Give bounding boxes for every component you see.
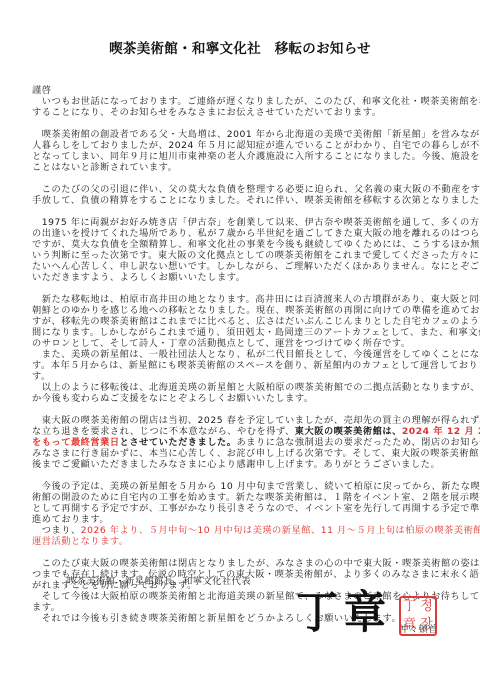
seal-char: 章 xyxy=(401,616,418,634)
text-segment: 後までご愛顧いただきましたみなさまに心より感謝申し上げます。ありがとうございまし… xyxy=(32,459,440,470)
text-line: 進めております。 xyxy=(32,514,442,525)
text-line: 今後の予定は、美瑛の新星館を５月から 10 月中旬まで営業し、続いて柏原に戻って… xyxy=(32,481,442,492)
seal-char: 정 xyxy=(418,598,435,616)
seal-stamp: 丁 정 章 장 xyxy=(399,596,437,636)
text-line: す。 xyxy=(32,371,442,382)
text-line: することになり、そのお知らせをみなさまにお伝えさせていただいております。 xyxy=(32,107,442,118)
text-line: 術館の開設のために自宅内の工事を始めます。新たな喫茶美術館は、１階をイベント室、… xyxy=(32,492,442,503)
emphasis-bold-text: とさせていただきました。 xyxy=(120,437,237,448)
salutation: 謹啓 xyxy=(32,85,442,96)
paragraph: 今後の予定は、美瑛の新星館を５月から 10 月中旬まで営業し、続いて柏原に戻って… xyxy=(32,481,442,547)
text-line: す。本年５月からは、新星館にも喫茶美術館のスペースを創り、新星館内のカフェとして… xyxy=(32,360,442,371)
seal-char: 장 xyxy=(418,616,435,634)
text-line: みなさまに行き届かずに、本当に心苦しく、お詫び申し上げる次第です。そして、東大阪… xyxy=(32,448,442,459)
text-segment: あまりに急な強制退去の要求だったため、閉店のお知らせが xyxy=(237,437,480,448)
text-line: 運営活動となります。 xyxy=(32,536,442,547)
emphasis-red-text: をもって最終営業日 xyxy=(32,437,120,448)
text-segment: 進めております。 xyxy=(32,514,109,525)
paragraph: 東大阪の喫茶美術館の閉店は当初、2025 春を予定していましたが、売却先の買主の… xyxy=(32,415,442,470)
salutation-text: 謹啓 xyxy=(32,85,442,96)
text-segment: 術館の開設のために自宅内の工事を始めます。新たな喫茶美術館は、１階をイベント室、… xyxy=(32,492,480,503)
text-line: いただきますよう、よろしくお願いいたします。 xyxy=(32,272,442,283)
text-line: つまり、2026 年より、５月中旬～10 月中旬は美瑛の新星館、11 月～５月上… xyxy=(32,525,442,536)
text-line: すが、移転先の喫茶美術館はこれまでに比べると、広さはだいぶんこじんまりとした自宅… xyxy=(32,316,442,327)
text-line: 以上のように移転後は、北海道美瑛の新星館と大阪柏原の喫茶美術館での二拠点活動とな… xyxy=(32,382,442,393)
paragraph: 喫茶美術館の創設者である父・大島増は、2001 年から北海道の美瑛で美術館「新星… xyxy=(32,129,442,173)
text-line: として再開する予定ですが、工事がかなり長引きそうなので、イベント室を先行して再開… xyxy=(32,503,442,514)
text-line: 手放して、負債の精算をすることになりました。それに伴い、喫茶美術館を移転する次第… xyxy=(32,195,442,206)
paragraph: 新たな移転地は、柏原市高井田の地となります。高井田には百済渡来人の古墳群があり、… xyxy=(32,294,442,404)
text-line: となってしまい、同年９月に旭川市東神楽の老人介護施設に入所することになりました。… xyxy=(32,151,442,162)
text-line: をもって最終営業日とさせていただきました。あまりに急な強制退去の要求だったため、… xyxy=(32,437,442,448)
text-segment: として再開する予定ですが、工事がかなり長引きそうなので、イベント室を先行して再開… xyxy=(32,503,480,514)
text-line: このたびの父の引退に伴い、父の莫大な負債を整理する必要に迫られ、父名義の東大阪の… xyxy=(32,184,442,195)
letter-body: 謹啓 いつもお世話になっております。ご連絡が遅くなりましたが、このたび、和寧文化… xyxy=(32,85,442,635)
paragraphs: いつもお世話になっております。ご連絡が遅くなりましたが、このたび、和寧文化社・喫… xyxy=(32,96,442,624)
text-line: 1975 年に両親がお好み焼き店「伊古奈」を創業して以来、伊古奈や喫茶美術館を通… xyxy=(32,217,442,228)
text-line: ことはないと診断されています。 xyxy=(32,162,442,173)
text-line: また、美瑛の新星館は、一般社団法人となり、私が二代目館長として、今後運営をしてゆ… xyxy=(32,349,442,360)
emphasis-red-text: 運営活動となります。 xyxy=(32,536,129,547)
text-segment: つまり、 xyxy=(32,525,81,536)
text-line: このたび東大阪の喫茶美術館は閉店となりましたが、みなさまの心の中で東大阪・喫茶美… xyxy=(32,558,442,569)
document-title: 喫茶美術館・和寧文化社 移転のお知らせ xyxy=(0,37,480,57)
emphasis-red-text: 2026 年より、５月中旬～10 月中旬は美瑛の新星館、11 月～５月上旬は柏原… xyxy=(81,525,480,536)
emphasis-red-text: 2024 年 12 月 28 日 xyxy=(402,426,480,437)
text-line: 喫茶美術館の創設者である父・大島増は、2001 年から北海道の美瑛で美術館「新星… xyxy=(32,129,442,140)
text-line: ですが、莫大な負債を全額精算し、和寧文化社の事業を今後も継続してゆくためには、こ… xyxy=(32,239,442,250)
text-segment: みなさまに行き届かずに、本当に心苦しく、お詫び申し上げる次第です。そして、東大阪… xyxy=(32,448,480,459)
text-line: のサロンとして、そして詩人・丁章の活動拠点として、運営をつづけてゆく所存です。 xyxy=(32,338,442,349)
seal-char: 丁 xyxy=(401,598,418,616)
signer-title: 喫茶美術館・新星館館長、和寧文化社代表 xyxy=(67,573,251,587)
text-segment: 東大阪の喫茶美術館の閉店は当初、2025 春を予定していましたが、売却先の買主の… xyxy=(32,415,480,426)
text-line: 東大阪の喫茶美術館の閉店は当初、2025 春を予定していましたが、売却先の買主の… xyxy=(32,415,442,426)
text-line: 人暮らしをしておりましたが、2024 年５月に認知症が進んでいることがわかり、自… xyxy=(32,140,442,151)
paragraph: いつもお世話になっております。ご連絡が遅くなりましたが、このたび、和寧文化社・喫… xyxy=(32,96,442,118)
signature: 丁章 xyxy=(296,586,392,641)
text-segment: な立ち退きを要求され、じつに不本意ながら、やむを得ず、 xyxy=(32,426,295,437)
text-line: 朝鮮とのゆかりを感じる地への移転となりました。現在、喫茶美術館の再開に向けての準… xyxy=(32,305,442,316)
paragraph: このたびの父の引退に伴い、父の莫大な負債を整理する必要に迫られ、父名義の東大阪の… xyxy=(32,184,442,206)
text-line: たいへん心苦しく、申し訳ない想いです。しかしながら、ご理解いただくほかありません… xyxy=(32,261,442,272)
text-line: の出逢いを授けてくれた場所であり、私が７歳から半世紀を過ごしてきた東大阪の地を離… xyxy=(32,228,442,239)
text-line: いう判断に至った次第です。東大阪の文化拠点としての喫茶美術館をこれまで愛してくだ… xyxy=(32,250,442,261)
text-segment: 今後の予定は、美瑛の新星館を５月から 10 月中旬まで営業し、続いて柏原に戻って… xyxy=(32,481,480,492)
text-line: 間になります。しかしながらこれまで通り、須田剋太・島岡達三のアートカフェとして、… xyxy=(32,327,442,338)
paragraph: 1975 年に両親がお好み焼き店「伊古奈」を創業して以来、伊古奈や喫茶美術館を通… xyxy=(32,217,442,283)
text-line: 後までご愛顧いただきましたみなさまに心より感謝申し上げます。ありがとうございまし… xyxy=(32,459,442,470)
text-line: 新たな移転地は、柏原市高井田の地となります。高井田には百済渡来人の古墳群があり、… xyxy=(32,294,442,305)
text-line: いつもお世話になっております。ご連絡が遅くなりましたが、このたび、和寧文化社・喫… xyxy=(32,96,442,107)
emphasis-bold-text: 東大阪の喫茶美術館は、 xyxy=(295,426,402,437)
text-line: か今後も変わらぬご支援をなにとぞよろしくお願いいたします。 xyxy=(32,393,442,404)
text-line: な立ち退きを要求され、じつに不本意ながら、やむを得ず、東大阪の喫茶美術館は、20… xyxy=(32,426,442,437)
